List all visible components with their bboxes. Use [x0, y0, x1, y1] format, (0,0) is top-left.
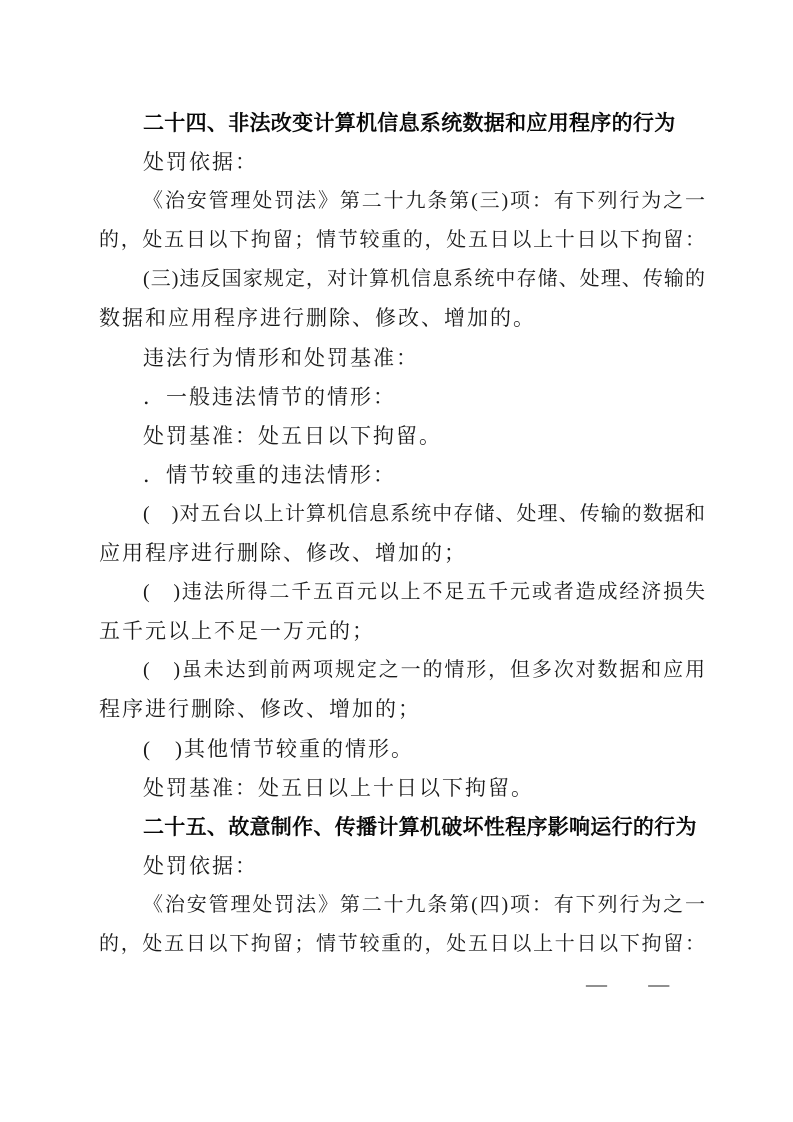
penalty-standard-serious: 处罚基准：处五日以上十日以下拘留。	[99, 769, 705, 808]
serious-circumstance-item: ．情节较重的违法情形：	[99, 456, 705, 495]
penalty-basis-label: 处罚依据：	[99, 847, 705, 886]
serious-item-line: ( )对五台以上计算机信息系统中存储、处理、传输的数据和	[99, 495, 705, 534]
section-25-heading: 二十五、故意制作、传播计算机破坏性程序影响运行的行为	[99, 808, 705, 847]
document-content: 二十四、非法改变计算机信息系统数据和应用程序的行为 处罚依据： 《治安管理处罚法…	[99, 104, 705, 964]
serious-item-line: ( )其他情节较重的情形。	[99, 730, 705, 769]
legal-basis-line: 《治安管理处罚法》第二十九条第(四)项：有下列行为之一	[99, 886, 705, 925]
serious-item-line: 五千元以上不足一万元的；	[99, 612, 705, 651]
legal-basis-line: 的，处五日以下拘留；情节较重的，处五日以上十日以下拘留：	[99, 925, 705, 964]
general-circumstance-item: ．一般违法情节的情形：	[99, 378, 705, 417]
serious-item-line: ( )虽未达到前两项规定之一的情形，但多次对数据和应用	[99, 651, 705, 690]
footer-dash-right: —	[648, 972, 669, 996]
legal-basis-line: 的，处五日以下拘留；情节较重的，处五日以上十日以下拘留：	[99, 221, 705, 260]
footer-dash-left: —	[586, 972, 607, 996]
legal-basis-line: 《治安管理处罚法》第二十九条第(三)项：有下列行为之一	[99, 182, 705, 221]
serious-item-line: 程序进行删除、修改、增加的；	[99, 690, 705, 729]
criteria-label: 违法行为情形和处罚基准：	[99, 339, 705, 378]
clause-three-line: 数据和应用程序进行删除、修改、增加的。	[99, 299, 705, 338]
page-footer: — —	[586, 972, 669, 996]
clause-three-line: (三)违反国家规定，对计算机信息系统中存储、处理、传输的	[99, 260, 705, 299]
section-24-heading: 二十四、非法改变计算机信息系统数据和应用程序的行为	[99, 104, 705, 143]
penalty-basis-label: 处罚依据：	[99, 143, 705, 182]
serious-item-line: 应用程序进行删除、修改、增加的；	[99, 534, 705, 573]
serious-item-line: ( )违法所得二千五百元以上不足五千元或者造成经济损失	[99, 573, 705, 612]
penalty-standard-general: 处罚基准：处五日以下拘留。	[99, 417, 705, 456]
document-page: 二十四、非法改变计算机信息系统数据和应用程序的行为 处罚依据： 《治安管理处罚法…	[0, 0, 793, 1122]
